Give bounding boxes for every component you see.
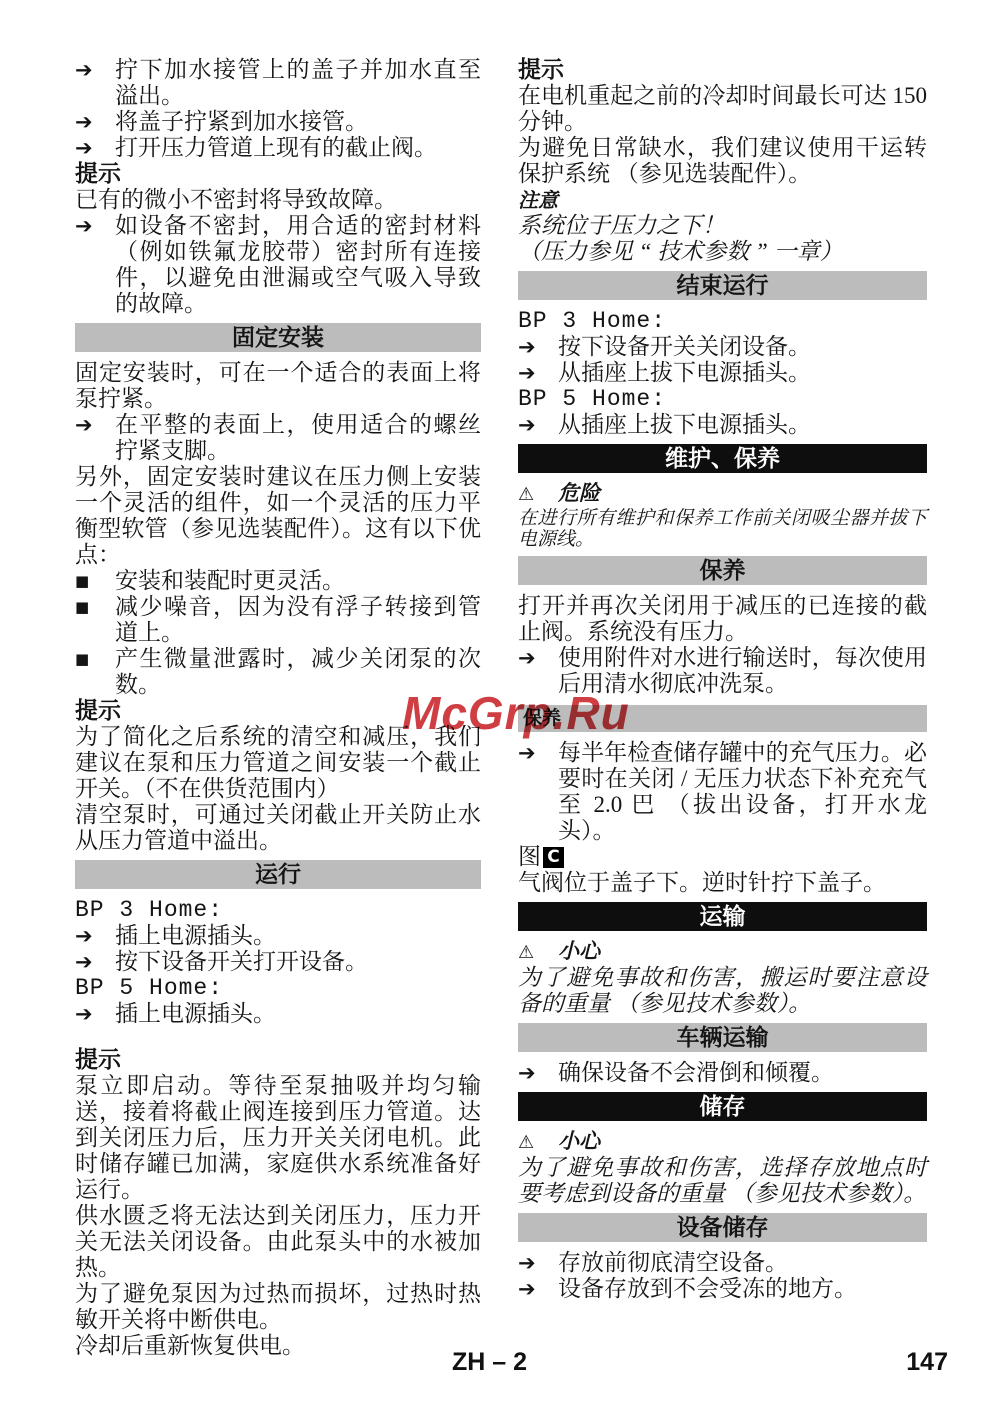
list-item-text: 如设备不密封，用合适的密封材料（例如铁氟龙胶带）密封所有连接件，以避免由泄漏或空… xyxy=(115,213,481,317)
arrow-icon: ➔ xyxy=(75,412,102,464)
manual-page: ➔拧下加水接管上的盖子并加水直至溢出。➔将盖子拧紧到加水接管。➔打开压力管道上现… xyxy=(0,0,1000,1417)
warning-heading: ⚠小心 xyxy=(518,939,927,965)
list-item-text: 插上电源插头。 xyxy=(115,1001,481,1027)
arrow-icon: ➔ xyxy=(75,949,102,975)
arrow-icon: ➔ xyxy=(518,412,545,438)
arrow-icon: ➔ xyxy=(518,740,545,844)
section-header-gray: 运行 xyxy=(75,860,481,889)
figure-label: 图 xyxy=(518,844,541,870)
notice-text: 为了避免事故和伤害，搬运时要注意设备的重量 （参见技术参数）。 xyxy=(518,965,927,1017)
paragraph: 固定安装时，可在一个适合的表面上将泵拧紧。 xyxy=(75,360,481,412)
warning-triangle-icon: ⚠ xyxy=(518,1130,558,1155)
arrow-list-item: ➔插上电源插头。 xyxy=(75,1001,481,1027)
section-header-black: 运输 xyxy=(518,902,927,931)
model-label: BP 3 Home: xyxy=(75,897,481,923)
arrow-list-item: ➔设备存放到不会受冻的地方。 xyxy=(518,1276,927,1302)
arrow-list-item: ➔拧下加水接管上的盖子并加水直至溢出。 xyxy=(75,57,481,109)
arrow-list-item: ➔如设备不密封，用合适的密封材料（例如铁氟龙胶带）密封所有连接件，以避免由泄漏或… xyxy=(75,213,481,317)
arrow-list-item: ➔确保设备不会滑倒和倾覆。 xyxy=(518,1060,927,1086)
paragraph: 清空泵时，可通过关闭截止开关防止水从压力管道中溢出。 xyxy=(75,802,481,854)
paragraph: 已有的微小不密封将导致故障。 xyxy=(75,187,481,213)
list-item-text: 每半年检查储存罐中的充气压力。必要时在关闭 / 无压力状态下补充充气至 2.0 … xyxy=(558,740,927,844)
arrow-icon: ➔ xyxy=(75,1001,102,1027)
list-item-text: 将盖子拧紧到加水接管。 xyxy=(115,109,481,135)
warning-label: 小心 xyxy=(558,939,600,964)
footer-page-number: 147 xyxy=(906,1348,948,1377)
arrow-icon: ➔ xyxy=(518,645,545,697)
arrow-list-item: ➔按下设备开关打开设备。 xyxy=(75,949,481,975)
arrow-list-item: ➔每半年检查储存罐中的充气压力。必要时在关闭 / 无压力状态下补充充气至 2.0… xyxy=(518,740,927,844)
list-item-text: 按下设备开关打开设备。 xyxy=(115,949,481,975)
list-item-text: 在平整的表面上，使用适合的螺丝拧紧支脚。 xyxy=(115,412,481,464)
warning-label: 危险 xyxy=(558,481,600,506)
paragraph: 气阀位于盖子下。逆时针拧下盖子。 xyxy=(518,870,927,896)
list-item-text: 从插座上拔下电源插头。 xyxy=(558,360,927,386)
arrow-list-item: ➔打开压力管道上现有的截止阀。 xyxy=(75,135,481,161)
warning-label: 小心 xyxy=(558,1129,600,1154)
note-title: 提示 xyxy=(75,161,481,187)
section-header-gray: 设备储存 xyxy=(518,1213,927,1242)
arrow-icon: ➔ xyxy=(518,334,545,360)
list-item-text: 按下设备开关关闭设备。 xyxy=(558,334,927,360)
list-item-text: 设备存放到不会受冻的地方。 xyxy=(558,1276,927,1302)
section-header-gray: 车辆运输 xyxy=(518,1023,927,1052)
notice-text: （压力参见 “ 技术参数 ” 一章） xyxy=(518,239,927,265)
warning-heading: ⚠危险 xyxy=(518,481,927,507)
paragraph: 为了简化之后系统的清空和减压，我们建议在泵和压力管道之间安装一个截止开关。（不在… xyxy=(75,724,481,802)
bullet-list-item: ■减少噪音，因为没有浮子转接到管道上。 xyxy=(75,594,481,646)
figure-reference: 图C xyxy=(518,844,927,870)
arrow-list-item: ➔从插座上拔下电源插头。 xyxy=(518,360,927,386)
arrow-icon: ➔ xyxy=(75,57,102,109)
paragraph: 冷却后重新恢复供电。 xyxy=(75,1333,481,1359)
arrow-icon: ➔ xyxy=(75,109,102,135)
arrow-icon: ➔ xyxy=(75,923,102,949)
arrow-list-item: ➔将盖子拧紧到加水接管。 xyxy=(75,109,481,135)
arrow-icon: ➔ xyxy=(518,360,545,386)
paragraph: 打开并再次关闭用于减压的已连接的截止阀。系统没有压力。 xyxy=(518,593,927,645)
model-label: BP 5 Home: xyxy=(518,386,927,412)
list-item-text: 使用附件对水进行输送时，每次使用后用清水彻底冲洗泵。 xyxy=(558,645,927,697)
arrow-icon: ➔ xyxy=(518,1060,545,1086)
arrow-list-item: ➔在平整的表面上，使用适合的螺丝拧紧支脚。 xyxy=(75,412,481,464)
list-item-text: 安装和装配时更灵活。 xyxy=(115,568,481,594)
note-title: 提示 xyxy=(518,57,927,83)
subsection-header-gray: 保养 xyxy=(518,705,927,732)
arrow-list-item: ➔插上电源插头。 xyxy=(75,923,481,949)
arrow-icon: ➔ xyxy=(75,135,102,161)
paragraph: 为了避免泵因为过热而损坏，过热时热敏开关将中断供电。 xyxy=(75,1281,481,1333)
warning-heading: ⚠小心 xyxy=(518,1129,927,1155)
model-label: BP 5 Home: xyxy=(75,975,481,1001)
list-item-text: 拧下加水接管上的盖子并加水直至溢出。 xyxy=(115,57,481,109)
list-item-text: 从插座上拔下电源插头。 xyxy=(558,412,927,438)
footer-language-code: ZH – 2 xyxy=(452,1348,527,1377)
list-item-text: 插上电源插头。 xyxy=(115,923,481,949)
figure-letter-badge: C xyxy=(543,847,564,868)
list-item-text: 减少噪音，因为没有浮子转接到管道上。 xyxy=(115,594,481,646)
list-item-text: 存放前彻底清空设备。 xyxy=(558,1250,927,1276)
paragraph: 供水匮乏将无法达到关闭压力，压力开关无法关闭设备。由此泵头中的水被加热。 xyxy=(75,1203,481,1281)
left-column: ➔拧下加水接管上的盖子并加水直至溢出。➔将盖子拧紧到加水接管。➔打开压力管道上现… xyxy=(75,57,481,1359)
bullet-list-item: ■安装和装配时更灵活。 xyxy=(75,568,481,594)
bullet-list-item: ■产生微量泄露时，减少关闭泵的次数。 xyxy=(75,646,481,698)
model-label: BP 3 Home: xyxy=(518,308,927,334)
list-item-text: 产生微量泄露时，减少关闭泵的次数。 xyxy=(115,646,481,698)
list-item-text: 确保设备不会滑倒和倾覆。 xyxy=(558,1060,927,1086)
section-header-black: 储存 xyxy=(518,1092,927,1121)
warning-triangle-icon: ⚠ xyxy=(518,940,558,965)
arrow-icon: ➔ xyxy=(75,213,102,317)
arrow-list-item: ➔存放前彻底清空设备。 xyxy=(518,1250,927,1276)
notice-title: 注意 xyxy=(518,189,927,213)
bullet-icon: ■ xyxy=(75,568,102,594)
arrow-list-item: ➔使用附件对水进行输送时，每次使用后用清水彻底冲洗泵。 xyxy=(518,645,927,697)
warning-triangle-icon: ⚠ xyxy=(518,482,558,507)
section-header-gray: 结束运行 xyxy=(518,271,927,300)
bullet-icon: ■ xyxy=(75,594,102,646)
note-title: 提示 xyxy=(75,1047,481,1073)
note-title: 提示 xyxy=(75,698,481,724)
paragraph: 为避免日常缺水，我们建议使用干运转保护系统 （参见选装配件）。 xyxy=(518,135,927,187)
paragraph: 泵立即启动。等待至泵抽吸并均匀输送，接着将截止阀连接到压力管道。达到关闭压力后，… xyxy=(75,1073,481,1203)
notice-text: 为了避免事故和伤害，选择存放地点时要考虑到设备的重量 （参见技术参数）。 xyxy=(518,1155,927,1207)
spacer xyxy=(75,1027,481,1047)
paragraph: 在电机重起之前的冷却时间最长可达 150 分钟。 xyxy=(518,83,927,135)
right-column: 提示在电机重起之前的冷却时间最长可达 150 分钟。为避免日常缺水，我们建议使用… xyxy=(518,57,927,1302)
section-header-gray: 固定安装 xyxy=(75,323,481,352)
arrow-icon: ➔ xyxy=(518,1250,545,1276)
section-header-gray: 保养 xyxy=(518,556,927,585)
arrow-list-item: ➔从插座上拔下电源插头。 xyxy=(518,412,927,438)
bullet-icon: ■ xyxy=(75,646,102,698)
section-header-black: 维护、保养 xyxy=(518,444,927,473)
list-item-text: 打开压力管道上现有的截止阀。 xyxy=(115,135,481,161)
danger-note-text: 在进行所有维护和保养工作前关闭吸尘器并拔下电源线。 xyxy=(518,508,927,550)
paragraph: 另外，固定安装时建议在压力侧上安装一个灵活的组件，如一个灵活的压力平衡型软管（参… xyxy=(75,464,481,568)
arrow-list-item: ➔按下设备开关关闭设备。 xyxy=(518,334,927,360)
arrow-icon: ➔ xyxy=(518,1276,545,1302)
notice-text: 系统位于压力之下！ xyxy=(518,213,927,239)
